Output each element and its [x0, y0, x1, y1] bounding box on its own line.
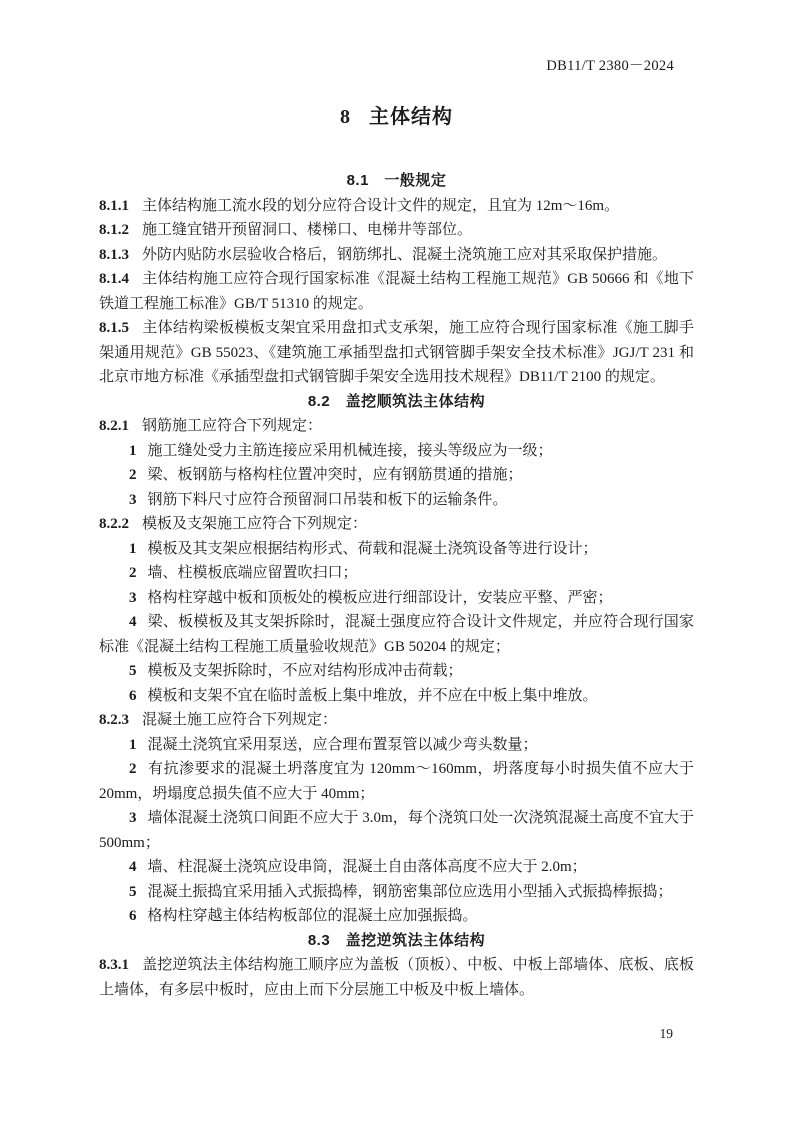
item-number: 2 — [129, 467, 137, 483]
clause-number: 8.2.1 — [99, 418, 129, 434]
clause-item: 1施工缝处受力主筋连接应采用机械连接，接头等级应为一级； — [99, 439, 694, 464]
section-heading-8-1: 8.1 一般规定 — [99, 169, 694, 194]
page-content: 8主体结构 8.1 一般规定 8.1.1主体结构施工流水段的划分应符合设计文件的… — [99, 0, 694, 1002]
clause-number: 8.3.1 — [99, 957, 129, 973]
item-number: 4 — [129, 859, 137, 875]
item-number: 5 — [129, 884, 137, 900]
clause-8-1-3: 8.1.3外防内贴防水层验收合格后，钢筋绑扎、混凝土浇筑施工应对其采取保护措施。 — [99, 243, 694, 268]
item-number: 3 — [129, 492, 137, 508]
chapter-title-text: 主体结构 — [369, 106, 453, 128]
clause-text: 施工缝宜错开预留洞口、楼梯口、电梯井等部位。 — [142, 222, 472, 238]
document-page: DB11/T 2380－2024 8主体结构 8.1 一般规定 8.1.1主体结… — [0, 0, 793, 1123]
item-number: 1 — [129, 541, 137, 557]
clause-item: 2有抗渗要求的混凝土坍落度宜为 120mm～160mm，坍落度每小时损失值不应大… — [99, 757, 694, 806]
section-heading-8-2: 8.2 盖挖顺筑法主体结构 — [99, 390, 694, 415]
clause-number: 8.1.3 — [99, 247, 129, 263]
clause-item: 3墙体混凝土浇筑口间距不应大于 3.0m，每个浇筑口处一次浇筑混凝土高度不宜大于… — [99, 806, 694, 855]
clause-text: 主体结构施工应符合现行国家标准《混凝土结构工程施工规范》GB 50666 和《地… — [99, 271, 694, 312]
clause-8-1-1: 8.1.1主体结构施工流水段的划分应符合设计文件的规定，且宜为 12m～16m。 — [99, 194, 694, 219]
chapter-title: 8主体结构 — [99, 103, 694, 132]
clause-number: 8.1.1 — [99, 198, 129, 214]
clause-8-1-4: 8.1.4主体结构施工应符合现行国家标准《混凝土结构工程施工规范》GB 5066… — [99, 267, 694, 316]
item-text: 有抗渗要求的混凝土坍落度宜为 120mm～160mm，坍落度每小时损失值不应大于… — [99, 761, 694, 802]
clause-text: 混凝土施工应符合下列规定： — [142, 712, 337, 728]
item-number: 2 — [129, 761, 137, 777]
item-number: 4 — [129, 614, 137, 630]
clause-item: 3钢筋下料尺寸应符合预留洞口吊装和板下的运输条件。 — [99, 488, 694, 513]
clause-text: 模板及支架施工应符合下列规定： — [142, 516, 367, 532]
clause-8-1-2: 8.1.2施工缝宜错开预留洞口、楼梯口、电梯井等部位。 — [99, 218, 694, 243]
clause-item: 2墙、柱模板底端应留置吹扫口； — [99, 561, 694, 586]
clause-item: 5混凝土振捣宜采用插入式振捣棒，钢筋密集部位应选用小型插入式振捣棒振捣； — [99, 880, 694, 905]
clause-number: 8.1.2 — [99, 222, 129, 238]
clause-item: 2梁、板钢筋与格构柱位置冲突时，应有钢筋贯通的措施； — [99, 463, 694, 488]
clause-8-3-1: 8.3.1盖挖逆筑法主体结构施工顺序应为盖板（顶板）、中板、中板上部墙体、底板、… — [99, 953, 694, 1002]
clause-number: 8.2.2 — [99, 516, 129, 532]
item-text: 格构柱穿越中板和顶板处的模板应进行细部设计，安装应平整、严密； — [148, 590, 613, 606]
section-heading-8-3: 8.3 盖挖逆筑法主体结构 — [99, 929, 694, 954]
item-text: 墙、柱模板底端应留置吹扫口； — [148, 565, 358, 581]
item-text: 梁、板钢筋与格构柱位置冲突时，应有钢筋贯通的措施； — [148, 467, 523, 483]
clause-text: 盖挖逆筑法主体结构施工顺序应为盖板（顶板）、中板、中板上部墙体、底板、底板上墙体… — [99, 957, 694, 998]
clause-8-2-1: 8.2.1钢筋施工应符合下列规定： — [99, 414, 694, 439]
clause-item: 1混凝土浇筑宜采用泵送，应合理布置泵管以减少弯头数量； — [99, 733, 694, 758]
page-number: 19 — [660, 1025, 674, 1042]
clause-item: 1模板及其支架应根据结构形式、荷载和混凝土浇筑设备等进行设计； — [99, 537, 694, 562]
item-text: 墙、柱混凝土浇筑应设串筒，混凝土自由落体高度不应大于 2.0m； — [148, 859, 587, 875]
item-text: 模板及其支架应根据结构形式、荷载和混凝土浇筑设备等进行设计； — [148, 541, 598, 557]
item-number: 2 — [129, 565, 137, 581]
clause-text: 外防内贴防水层验收合格后，钢筋绑扎、混凝土浇筑施工应对其采取保护措施。 — [142, 247, 667, 263]
clause-item: 6格构柱穿越主体结构板部位的混凝土应加强振捣。 — [99, 904, 694, 929]
item-number: 1 — [129, 443, 137, 459]
clause-item: 5模板及支架拆除时，不应对结构形成冲击荷载； — [99, 659, 694, 684]
item-number: 3 — [129, 590, 137, 606]
item-text: 墙体混凝土浇筑口间距不应大于 3.0m，每个浇筑口处一次浇筑混凝土高度不宜大于5… — [99, 810, 694, 851]
clause-number: 8.1.4 — [99, 271, 129, 287]
clause-number: 8.1.5 — [99, 320, 129, 336]
item-text: 模板及支架拆除时，不应对结构形成冲击荷载； — [148, 663, 463, 679]
clause-8-1-5: 8.1.5主体结构梁板模板支架宜采用盘扣式支承架，施工应符合现行国家标准《施工脚… — [99, 316, 694, 390]
clause-8-2-3: 8.2.3混凝土施工应符合下列规定： — [99, 708, 694, 733]
item-text: 梁、板模板及其支架拆除时，混凝土强度应符合设计文件规定，并应符合现行国家标准《混… — [99, 614, 694, 655]
item-text: 混凝土浇筑宜采用泵送，应合理布置泵管以减少弯头数量； — [148, 737, 538, 753]
clause-number: 8.2.3 — [99, 712, 129, 728]
item-number: 1 — [129, 737, 137, 753]
clause-item: 3格构柱穿越中板和顶板处的模板应进行细部设计，安装应平整、严密； — [99, 586, 694, 611]
clause-text: 主体结构施工流水段的划分应符合设计文件的规定，且宜为 12m～16m。 — [142, 198, 619, 214]
clause-item: 4梁、板模板及其支架拆除时，混凝土强度应符合设计文件规定，并应符合现行国家标准《… — [99, 610, 694, 659]
item-text: 格构柱穿越主体结构板部位的混凝土应加强振捣。 — [148, 908, 478, 924]
clause-8-2-2: 8.2.2模板及支架施工应符合下列规定： — [99, 512, 694, 537]
clause-item: 4墙、柱混凝土浇筑应设串筒，混凝土自由落体高度不应大于 2.0m； — [99, 855, 694, 880]
clause-text: 钢筋施工应符合下列规定： — [142, 418, 322, 434]
item-text: 模板和支架不宜在临时盖板上集中堆放，并不应在中板上集中堆放。 — [148, 688, 598, 704]
clause-item: 6模板和支架不宜在临时盖板上集中堆放，并不应在中板上集中堆放。 — [99, 684, 694, 709]
item-number: 3 — [129, 810, 137, 826]
item-number: 5 — [129, 663, 137, 679]
item-number: 6 — [129, 908, 137, 924]
chapter-number: 8 — [340, 106, 350, 128]
item-text: 混凝土振捣宜采用插入式振捣棒，钢筋密集部位应选用小型插入式振捣棒振捣； — [148, 884, 673, 900]
clause-text: 主体结构梁板模板支架宜采用盘扣式支承架，施工应符合现行国家标准《施工脚手架通用规… — [99, 320, 694, 385]
item-number: 6 — [129, 688, 137, 704]
item-text: 钢筋下料尺寸应符合预留洞口吊装和板下的运输条件。 — [148, 492, 508, 508]
item-text: 施工缝处受力主筋连接应采用机械连接，接头等级应为一级； — [148, 443, 553, 459]
